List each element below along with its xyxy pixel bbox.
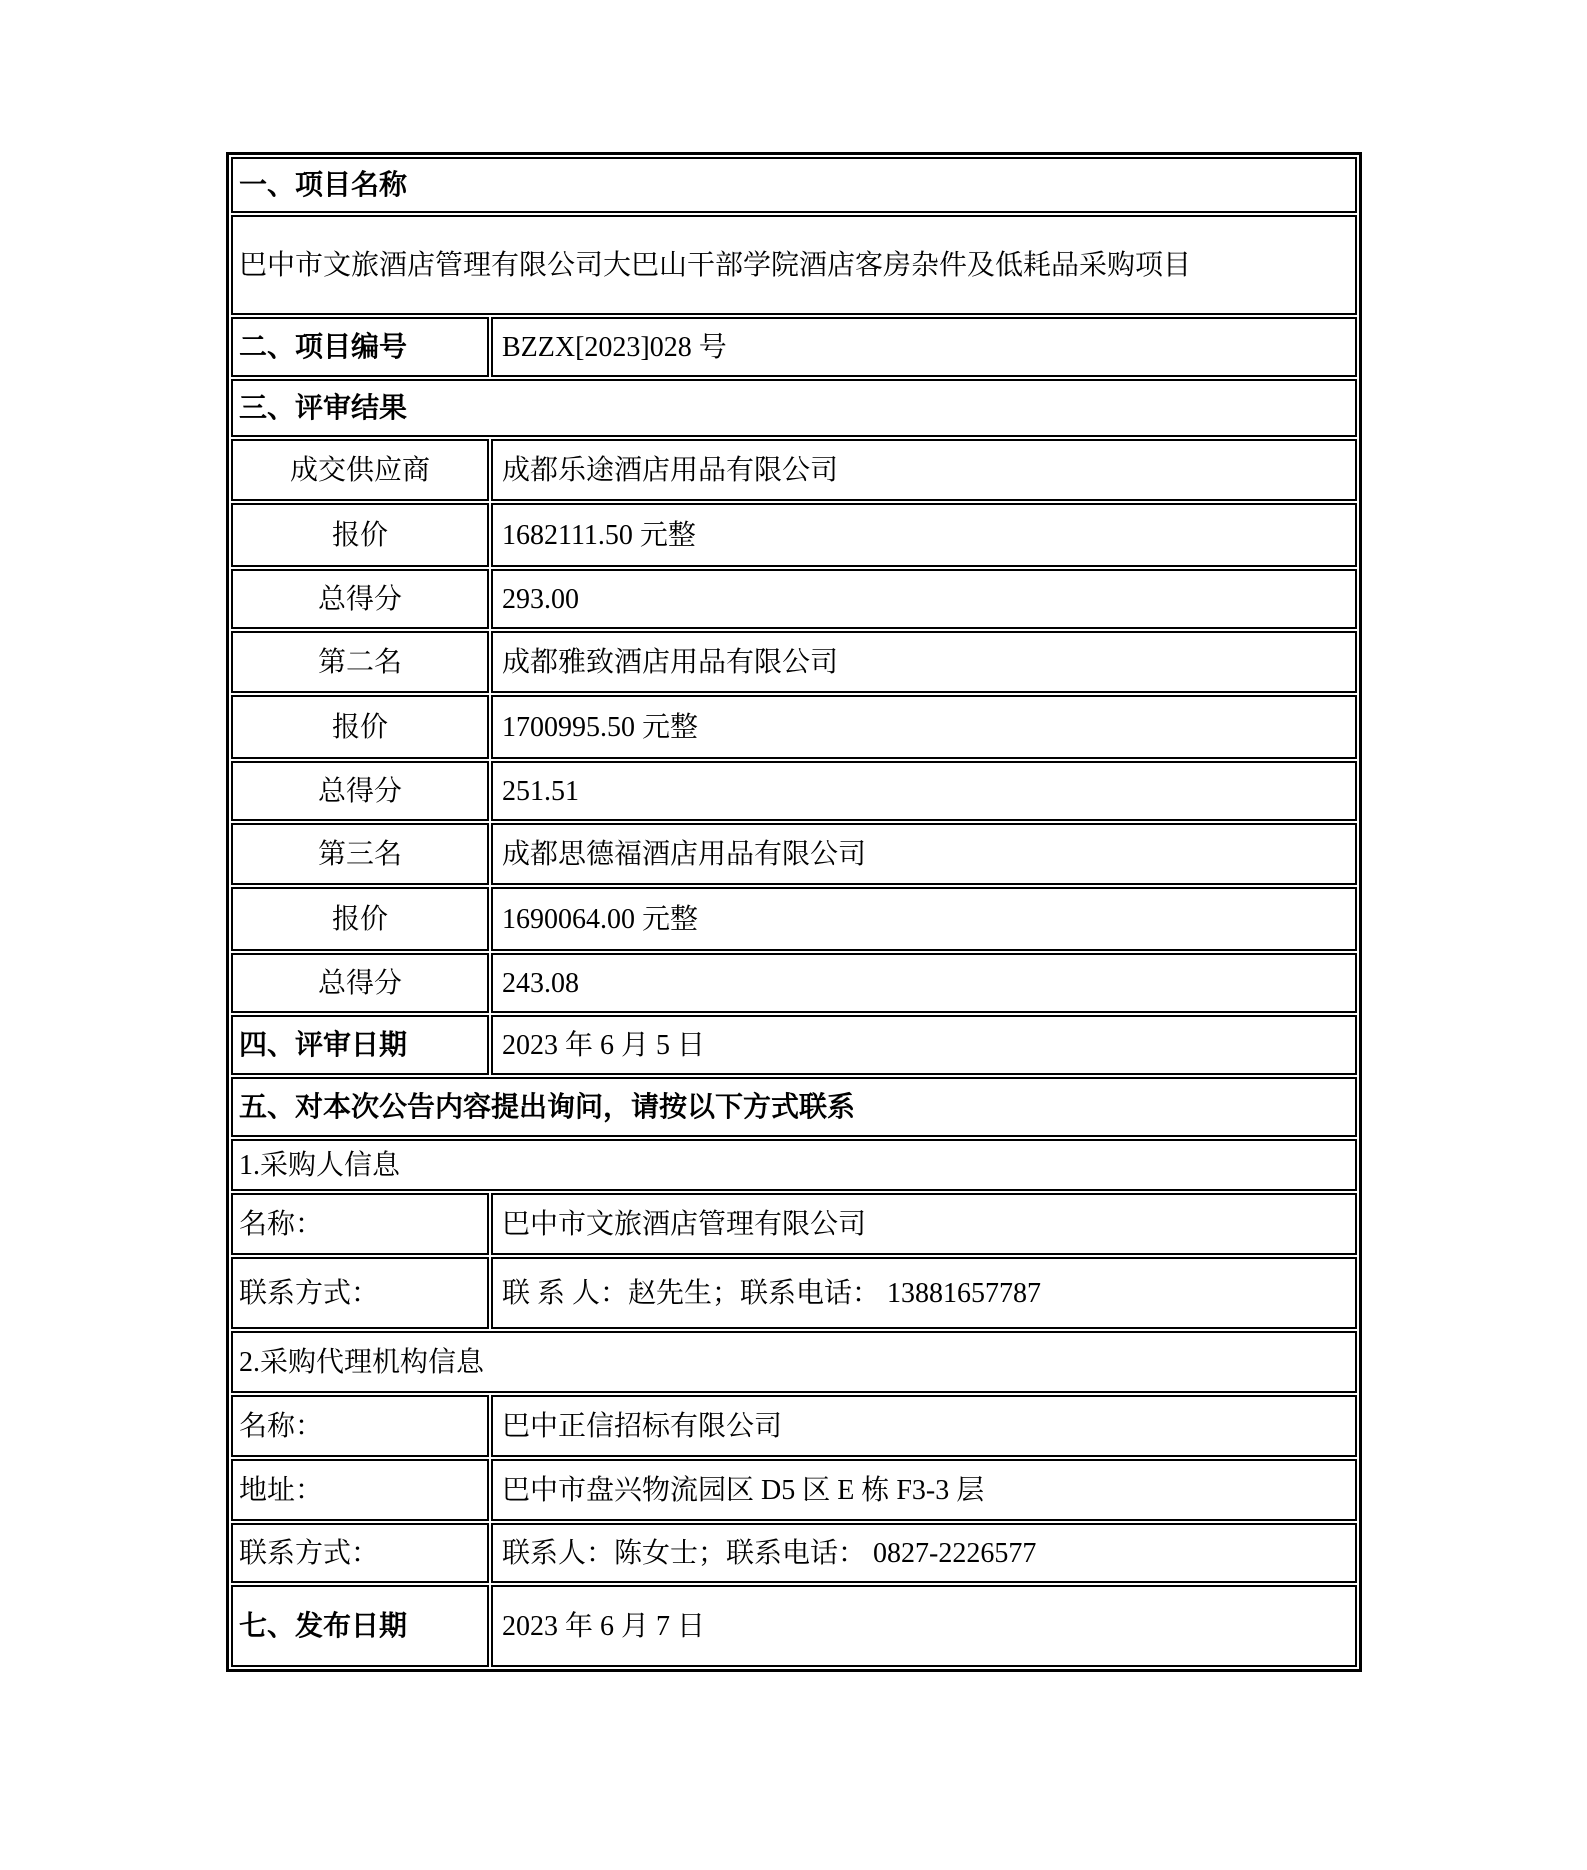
row-agency-info-header: 2.采购代理机构信息 — [231, 1331, 1357, 1393]
publish-date-label: 七、发布日期 — [231, 1585, 489, 1667]
winning-supplier-label: 成交供应商 — [231, 439, 489, 501]
purchaser-info-title: 1.采购人信息 — [231, 1139, 1357, 1191]
winning-supplier-value: 成都乐途酒店用品有限公司 — [491, 439, 1357, 501]
third-price-label: 报价 — [231, 887, 489, 951]
winning-score-label: 总得分 — [231, 569, 489, 629]
purchaser-contact-label: 联系方式： — [231, 1257, 489, 1329]
agency-address-label: 地址： — [231, 1459, 489, 1521]
row-project-name: 巴中市文旅酒店管理有限公司大巴山干部学院酒店客房杂件及低耗品采购项目 — [231, 215, 1357, 315]
publish-date-value: 2023 年 6 月 7 日 — [491, 1585, 1357, 1667]
winning-score-value: 293.00 — [491, 569, 1357, 629]
row-winning-score: 总得分 293.00 — [231, 569, 1357, 629]
project-number-value: BZZX[2023]028 号 — [491, 317, 1357, 377]
row-winning-price: 报价 1682111.50 元整 — [231, 503, 1357, 567]
row-second-price: 报价 1700995.50 元整 — [231, 695, 1357, 759]
row-agency-name: 名称： 巴中正信招标有限公司 — [231, 1395, 1357, 1457]
review-date-value: 2023 年 6 月 5 日 — [491, 1015, 1357, 1075]
second-price-label: 报价 — [231, 695, 489, 759]
third-price-value: 1690064.00 元整 — [491, 887, 1357, 951]
row-purchaser-contact: 联系方式： 联 系 人：赵先生；联系电话： 13881657787 — [231, 1257, 1357, 1329]
project-number-label: 二、项目编号 — [231, 317, 489, 377]
row-review-results-header: 三、评审结果 — [231, 379, 1357, 437]
third-place-label: 第三名 — [231, 823, 489, 885]
row-winning-supplier: 成交供应商 成都乐途酒店用品有限公司 — [231, 439, 1357, 501]
purchaser-name-value: 巴中市文旅酒店管理有限公司 — [491, 1193, 1357, 1255]
row-second-score: 总得分 251.51 — [231, 761, 1357, 821]
agency-contact-label: 联系方式： — [231, 1523, 489, 1583]
section-5-title: 五、对本次公告内容提出询问，请按以下方式联系 — [231, 1077, 1357, 1137]
project-name-text: 巴中市文旅酒店管理有限公司大巴山干部学院酒店客房杂件及低耗品采购项目 — [231, 215, 1357, 315]
section-1-title: 一、项目名称 — [231, 157, 1357, 213]
row-inquiry-header: 五、对本次公告内容提出询问，请按以下方式联系 — [231, 1077, 1357, 1137]
agency-name-value: 巴中正信招标有限公司 — [491, 1395, 1357, 1457]
row-agency-address: 地址： 巴中市盘兴物流园区 D5 区 E 栋 F3-3 层 — [231, 1459, 1357, 1521]
second-score-label: 总得分 — [231, 761, 489, 821]
third-score-value: 243.08 — [491, 953, 1357, 1013]
review-date-label: 四、评审日期 — [231, 1015, 489, 1075]
agency-contact-value: 联系人：陈女士；联系电话： 0827-2226577 — [491, 1523, 1357, 1583]
agency-name-label: 名称： — [231, 1395, 489, 1457]
second-place-value: 成都雅致酒店用品有限公司 — [491, 631, 1357, 693]
procurement-result-table: 一、项目名称 巴中市文旅酒店管理有限公司大巴山干部学院酒店客房杂件及低耗品采购项… — [226, 152, 1362, 1672]
document-page: 一、项目名称 巴中市文旅酒店管理有限公司大巴山干部学院酒店客房杂件及低耗品采购项… — [0, 0, 1587, 1870]
row-purchaser-info-header: 1.采购人信息 — [231, 1139, 1357, 1191]
section-3-title: 三、评审结果 — [231, 379, 1357, 437]
row-publish-date: 七、发布日期 2023 年 6 月 7 日 — [231, 1585, 1357, 1667]
row-agency-contact: 联系方式： 联系人：陈女士；联系电话： 0827-2226577 — [231, 1523, 1357, 1583]
third-place-value: 成都思德福酒店用品有限公司 — [491, 823, 1357, 885]
row-project-number: 二、项目编号 BZZX[2023]028 号 — [231, 317, 1357, 377]
agency-address-value: 巴中市盘兴物流园区 D5 区 E 栋 F3-3 层 — [491, 1459, 1357, 1521]
second-place-label: 第二名 — [231, 631, 489, 693]
winning-price-value: 1682111.50 元整 — [491, 503, 1357, 567]
row-purchaser-name: 名称： 巴中市文旅酒店管理有限公司 — [231, 1193, 1357, 1255]
row-third-price: 报价 1690064.00 元整 — [231, 887, 1357, 951]
second-price-value: 1700995.50 元整 — [491, 695, 1357, 759]
third-score-label: 总得分 — [231, 953, 489, 1013]
second-score-value: 251.51 — [491, 761, 1357, 821]
winning-price-label: 报价 — [231, 503, 489, 567]
row-project-name-header: 一、项目名称 — [231, 157, 1357, 213]
purchaser-contact-value: 联 系 人：赵先生；联系电话： 13881657787 — [491, 1257, 1357, 1329]
purchaser-name-label: 名称： — [231, 1193, 489, 1255]
row-review-date: 四、评审日期 2023 年 6 月 5 日 — [231, 1015, 1357, 1075]
agency-info-title: 2.采购代理机构信息 — [231, 1331, 1357, 1393]
row-third-place: 第三名 成都思德福酒店用品有限公司 — [231, 823, 1357, 885]
row-second-place: 第二名 成都雅致酒店用品有限公司 — [231, 631, 1357, 693]
row-third-score: 总得分 243.08 — [231, 953, 1357, 1013]
